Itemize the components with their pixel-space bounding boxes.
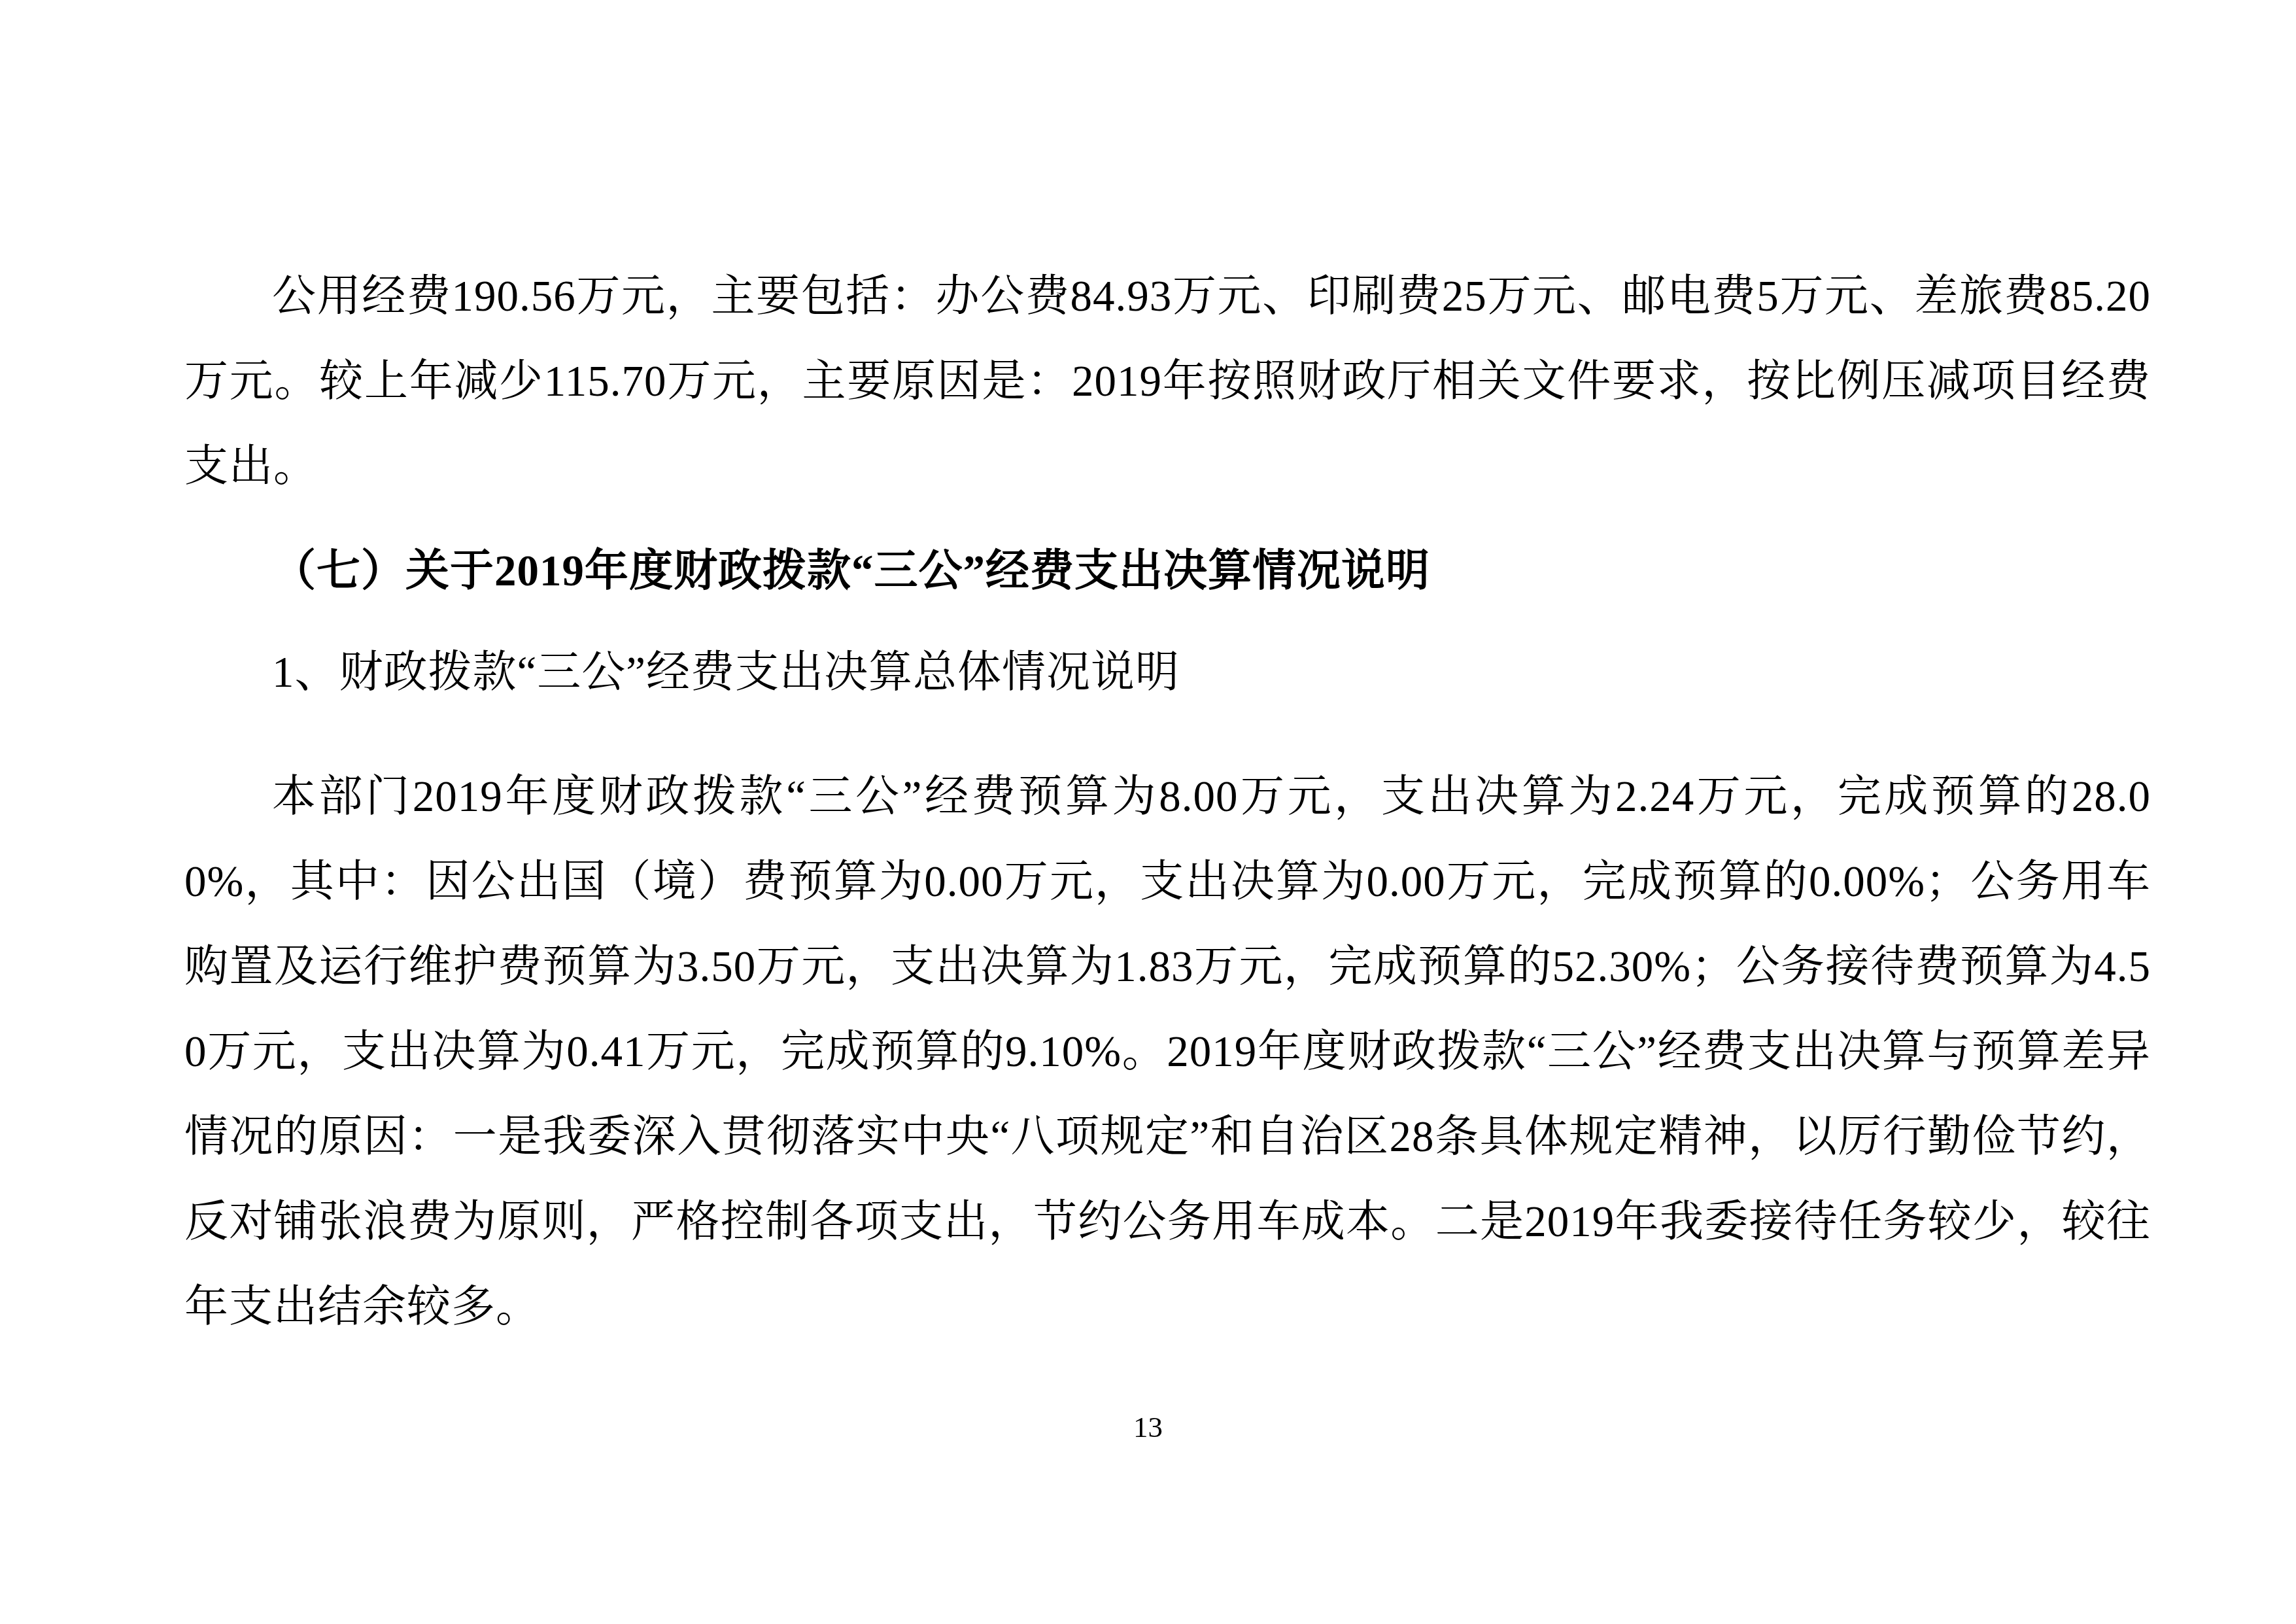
paragraph-public-funds: 公用经费190.56万元，主要包括：办公费84.93万元、印刷费25万元、邮电费…: [184, 254, 2151, 509]
document-page: 公用经费190.56万元，主要包括：办公费84.93万元、印刷费25万元、邮电费…: [0, 0, 2296, 1624]
page-number: 13: [1133, 1411, 1163, 1443]
paragraph-three-public-funds: 本部门2019年度财政拨款“三公”经费预算为8.00万元，支出决算为2.24万元…: [184, 754, 2151, 1349]
document-content: 公用经费190.56万元，主要包括：办公费84.93万元、印刷费25万元、邮电费…: [184, 254, 2151, 1369]
page-footer: 13: [0, 1413, 2296, 1442]
subsection-heading-1: 1、财政拨款“三公”经费支出决算总体情况说明: [184, 630, 2151, 715]
section-heading-7: （七）关于2019年度财政拨款“三公”经费支出决算情况说明: [184, 528, 2151, 613]
